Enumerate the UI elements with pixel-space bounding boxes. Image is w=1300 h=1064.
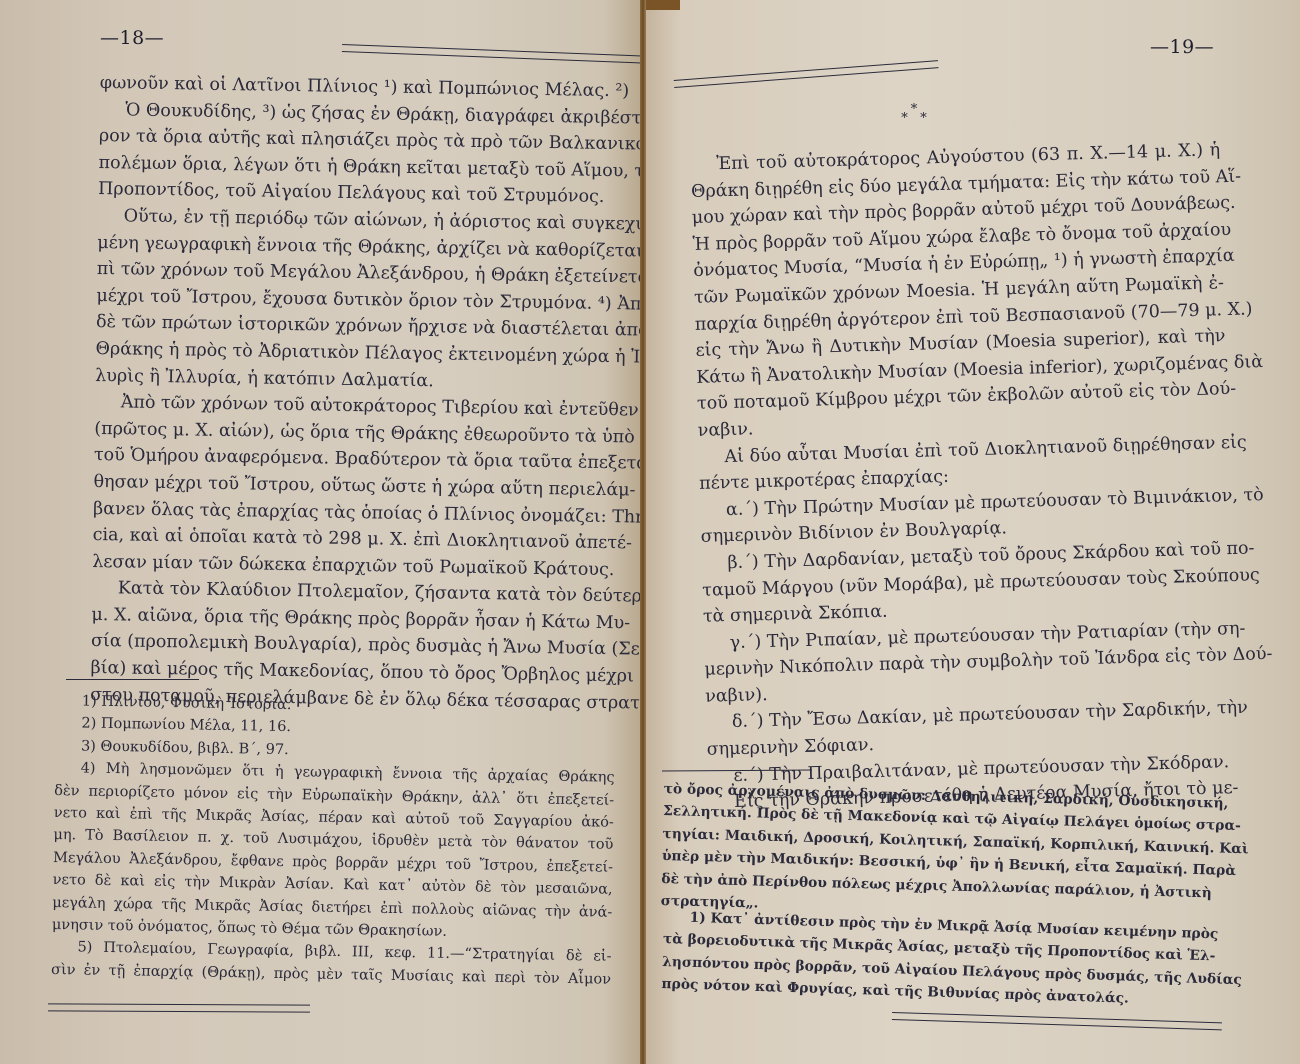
left-page: —18— φωνοῦν καὶ οἱ Λατῖνοι Πλίνιος ¹) κα… [0, 0, 642, 1064]
book-spine-edge [640, 0, 680, 10]
footer-rule-left [48, 1003, 310, 1012]
book-spread: —18— φωνοῦν καὶ οἱ Λατῖνοι Πλίνιος ¹) κα… [0, 0, 1300, 1064]
right-footnotes: 1) Κατ᾽ ἀντίθεσιν πρὸς τὴν ἐν Μικρᾷ Ἀσίᾳ… [661, 906, 1212, 1013]
right-page: —19— ** * Ἐπὶ τοῦ αὐτοκράτορος Αὐγούστου… [642, 0, 1300, 1064]
page-number-left: —18— [100, 27, 164, 49]
left-footnotes: 1) Πλινίου, Φυσικὴ Ἱστορία.2) Πομπωνίου … [51, 690, 616, 991]
book-gutter [640, 0, 646, 1064]
right-body-text: Ἐπὶ τοῦ αὐτοκράτορος Αὐγούστου (63 π. Χ.… [690, 137, 1238, 816]
page-number-right: —19— [1150, 36, 1214, 58]
section-break-asterisks: ** * [894, 105, 934, 123]
left-body-text: φωνοῦν καὶ οἱ Λατῖνοι Πλίνιος ¹) καὶ Πομ… [90, 70, 622, 716]
header-rule-right [674, 60, 939, 88]
footer-rule-right [892, 1012, 1222, 1030]
right-footnote-continuation: τὸ ὄρος ἀρχομέναις ἀπὸ δυσμῶν: Δανθηλιτι… [660, 778, 1211, 927]
footnote-rule-left [66, 679, 199, 680]
header-rule-left [342, 44, 642, 64]
